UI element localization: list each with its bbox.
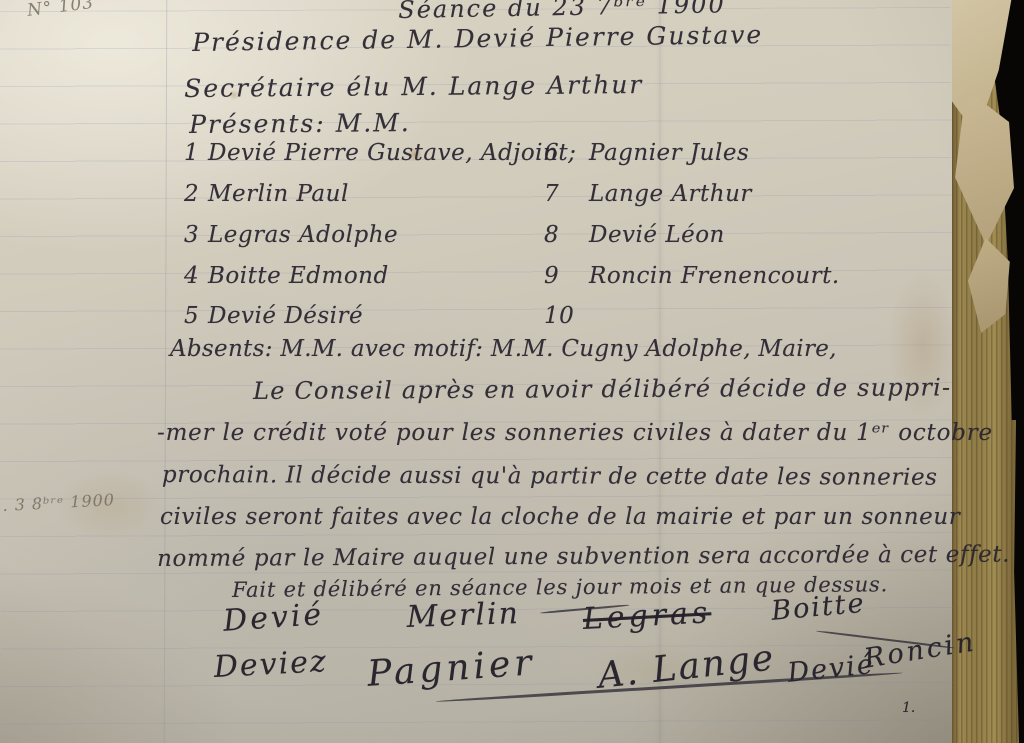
- attendee-number: 2: [184, 181, 199, 207]
- attendee-name: Devié Léon: [589, 222, 725, 248]
- attendee-row: 5 Devié Désiré 10: [0, 303, 952, 337]
- attendee-name: Legras Adolphe: [208, 222, 398, 248]
- attendee-row: 3 Legras Adolphe 8 Devié Léon: [0, 222, 952, 256]
- attendee-row: 4 Boitte Edmond 9 Roncin Frenencourt.: [0, 263, 952, 297]
- attendee-row: 2 Merlin Paul 7 Lange Arthur: [0, 181, 952, 215]
- attendee-number: 3: [184, 222, 199, 248]
- attendee-number: 8: [544, 222, 559, 248]
- deliberation-line: -mer le crédit voté pour les sonneries c…: [157, 420, 993, 446]
- signature-merlin: Merlin: [406, 596, 520, 635]
- deliberation-line: civiles seront faites avec la cloche de …: [160, 504, 960, 530]
- signature-devie: Devié: [222, 597, 325, 639]
- attendee-number: 1: [184, 140, 199, 166]
- attendee-name: Lange Arthur: [589, 181, 752, 207]
- register-photograph: N° 103 . 3 8ᵇʳᵉ 1900 Séance du 23 7ᵇʳᵉ 1…: [0, 0, 1024, 743]
- attendee-number: 10: [544, 303, 574, 329]
- attendee-name: Boitte Edmond: [208, 263, 389, 289]
- attendee-name: Merlin Paul: [208, 181, 349, 207]
- signature-legras: Legras: [582, 595, 712, 637]
- attendee-row: 1 Devié Pierre Gustave, Adjoint; 6 Pagni…: [0, 140, 952, 174]
- signature-mark: 1.: [902, 700, 915, 716]
- attendee-number: 9: [544, 263, 559, 289]
- attendee-number: 4: [184, 263, 199, 289]
- presents-line: Présents: M.M.: [189, 108, 411, 139]
- attendee-name: Roncin Frenencourt.: [589, 263, 840, 289]
- attendee-number: 6: [544, 140, 559, 166]
- deliberation-line: prochain. Il décide aussi qu'à partir de…: [162, 462, 938, 491]
- deliberation-line: Le Conseil après en avoir délibéré décid…: [253, 373, 951, 405]
- register-page: N° 103 . 3 8ᵇʳᵉ 1900 Séance du 23 7ᵇʳᵉ 1…: [0, 0, 952, 743]
- attendee-number: 7: [544, 181, 559, 207]
- deliberation-line: nommé par le Maire auquel une subvention…: [157, 542, 1010, 572]
- attendee-name: Pagnier Jules: [589, 140, 749, 166]
- attendee-name: Devié Pierre Gustave, Adjoint;: [208, 140, 576, 166]
- signature-deviez: Deviez: [213, 644, 329, 685]
- secretaire-line: Secrétaire élu M. Lange Arthur: [184, 70, 643, 103]
- attendee-number: 5: [184, 303, 199, 329]
- attendee-name: Devié Désiré: [208, 303, 363, 329]
- absents-line: Absents: M.M. avec motif: M.M. Cugny Ado…: [170, 336, 837, 362]
